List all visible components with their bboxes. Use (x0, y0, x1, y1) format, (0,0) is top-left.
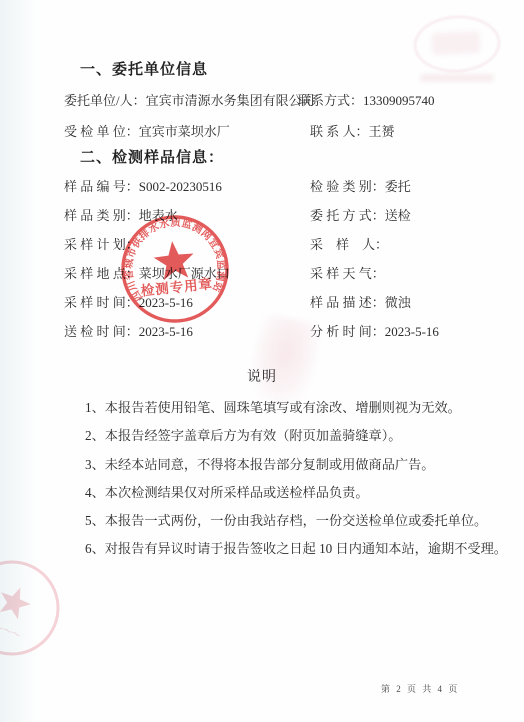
sample-description-label: 样 品 描 述： (310, 295, 385, 310)
field-row: 委托单位/人：宜宾市清源水务集团有限公司 联系方式：13309095740 (64, 90, 520, 110)
field-row: 受 检 单 位：宜宾市菜坝水厂 联 系 人：王赟 (64, 121, 520, 141)
client-label: 委托单位/人： (64, 93, 146, 108)
inspection-type-label: 检 验 类 别： (310, 179, 385, 194)
note-item: 3、未经本站同意，不得将本报告部分复制或用做商品广告。 (85, 451, 513, 479)
contact-method-value: 13309095740 (363, 93, 435, 108)
inspected-unit-label: 受 检 单 位： (64, 124, 139, 139)
edge-seal-star-icon (0, 582, 35, 622)
client-value: 宜宾市清源水务集团有限公司 (146, 93, 315, 108)
note-item: 4、本次检测结果仅对所采样品或送检样品负责。 (85, 479, 513, 507)
sampling-weather-label: 采 样 天 气： (310, 266, 385, 281)
note-item: 2、本报告经签字盖章后方为有效（附页加盖骑缝章）。 (85, 422, 513, 450)
analysis-time-value: 2023-5-16 (385, 324, 439, 339)
edge-seal-text: 〜〜〜〜 (0, 618, 22, 641)
contact-person-value: 王赟 (369, 124, 395, 139)
sample-no-value: S002-20230516 (139, 179, 222, 194)
contact-person-label: 联 系 人： (310, 124, 369, 139)
edge-seam-seal: 〜〜〜〜 (0, 540, 80, 675)
sampler-label: 采 样 人： (310, 237, 388, 252)
faint-oval-watermark-inner (431, 31, 480, 55)
inspected-unit-value: 宜宾市菜坝水厂 (139, 124, 230, 139)
sample-description-value: 微浊 (385, 295, 411, 310)
field-row: 样 品 编 号：S002-20230516 检 验 类 别：委托 (64, 176, 520, 196)
note-item: 5、本报告一式两份，一份由我站存档，一份交送检单位或委托单位。 (85, 507, 513, 535)
inspection-type-value: 委托 (385, 179, 411, 194)
section1-title: 一、委托单位信息 (80, 58, 208, 79)
seal-star-icon (152, 239, 196, 281)
report-page: 一、委托单位信息 委托单位/人：宜宾市清源水务集团有限公司 联系方式：13309… (0, 0, 524, 722)
seal-banner-text: 检测专用章 (140, 275, 214, 298)
notes-list: 1、本报告若使用铅笔、圆珠笔填写或有涂改、增删则视为无效。 2、本报告经签字盖章… (85, 394, 513, 564)
commission-mode-value: 送检 (385, 208, 411, 223)
page-indicator: 第 2 页 共 4 页 (381, 682, 459, 695)
note-item: 6、对报告有异议时请于报告签收之日起 10 日内通知本站，逾期不受理。 (85, 535, 513, 563)
contact-method-label: 联系方式： (298, 93, 363, 108)
notes-title: 说明 (0, 366, 524, 386)
note-item: 1、本报告若使用铅笔、圆珠笔填写或有涂改、增删则视为无效。 (85, 394, 513, 422)
sample-no-label: 样 品 编 号： (64, 179, 139, 194)
faint-oval-watermark (413, 14, 502, 74)
inspection-seal: 四川省城市供排水水质监测网宜宾监测站 检测专用章 (112, 206, 237, 331)
faint-watermark-text-line (420, 74, 494, 82)
section2-title: 二、检测样品信息： (80, 146, 224, 167)
commission-mode-label: 委 托 方 式： (310, 208, 385, 223)
